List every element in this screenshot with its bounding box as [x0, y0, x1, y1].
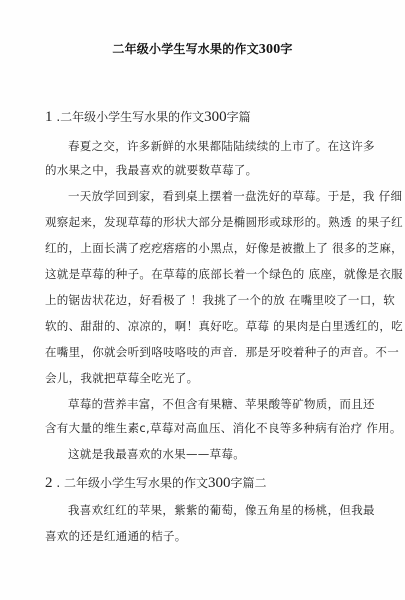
- title-text: 二年级小学生写水果的作文: [112, 42, 258, 56]
- heading-suffix: 字篇: [227, 110, 251, 124]
- paragraph-line: 草莓的营养丰富，不但含有果糖、苹果酸等矿物质，而且还: [68, 396, 375, 412]
- paragraph-line: 这就是我最喜欢的水果——草莓。: [68, 446, 245, 462]
- document-title: 二年级小学生写水果的作文300字: [0, 40, 405, 58]
- paragraph-line: 会儿，我就把草莓全吃光了。: [45, 370, 198, 386]
- heading-text: .二年级小学生写水果的作文: [53, 110, 205, 124]
- paragraph-line: 含有大量的维生素c,草莓对高血压、消化不良等多种病有治疗 作用。: [45, 420, 402, 436]
- section-2-heading: 2 . 二年级小学生写水果的作文300字篇二: [45, 474, 266, 492]
- paragraph-line: 的水果之中，我最喜欢的就要数草莓了。: [45, 162, 257, 178]
- paragraph-line: 上的锯齿状花边，好看极了 ！我挑了一个的放 在嘴里咬了一口，软: [45, 292, 395, 308]
- heading-suffix: 字篇二: [230, 476, 266, 490]
- paragraph-line: 在嘴里，你就会听到咯吱咯吱的声音．那是牙咬着种子的声音。不一: [45, 344, 399, 360]
- heading-number: 300: [204, 109, 227, 125]
- heading-number: 300: [208, 475, 231, 491]
- title-number: 300: [259, 42, 281, 57]
- paragraph-line: 春夏之交，许多新鲜的水果都陆陆续续的上市了。在这许多: [68, 138, 375, 154]
- document-page: 二年级小学生写水果的作文300字 1 .二年级小学生写水果的作文300字篇 春夏…: [0, 0, 405, 600]
- paragraph-line: 一天放学回到家，看到桌上摆着一盘洗好的草莓。于是，我 仔细: [68, 188, 402, 204]
- paragraph-line: 红的，上面长满了疙疙瘩瘩的小黑点，好像是被撒上了 很多的芝麻，: [45, 240, 403, 256]
- paragraph-line: 喜欢的还是红通通的桔子。: [45, 528, 187, 544]
- paragraph-line: 观察起来，发现草莓的形状大部分是椭圆形或球形的。熟透 的果子红: [45, 214, 403, 230]
- section-number: 1: [45, 109, 53, 125]
- section-number: 2: [45, 475, 53, 491]
- heading-text: . 二年级小学生写水果的作文: [53, 476, 208, 490]
- title-suffix: 字: [280, 42, 292, 56]
- paragraph-line: 我喜欢红红的苹果，紫紫的葡萄，像五角星的杨桃，但我最: [68, 502, 375, 518]
- paragraph-line: 这就是草莓的种子。在草莓的底部长着一个绿色的 底座，就像是衣服: [45, 266, 403, 282]
- section-1-heading: 1 .二年级小学生写水果的作文300字篇: [45, 108, 251, 126]
- paragraph-line: 软的、甜甜的、凉凉的，啊！真好吃。草莓 的果肉是白里透红的，吃: [45, 318, 403, 334]
